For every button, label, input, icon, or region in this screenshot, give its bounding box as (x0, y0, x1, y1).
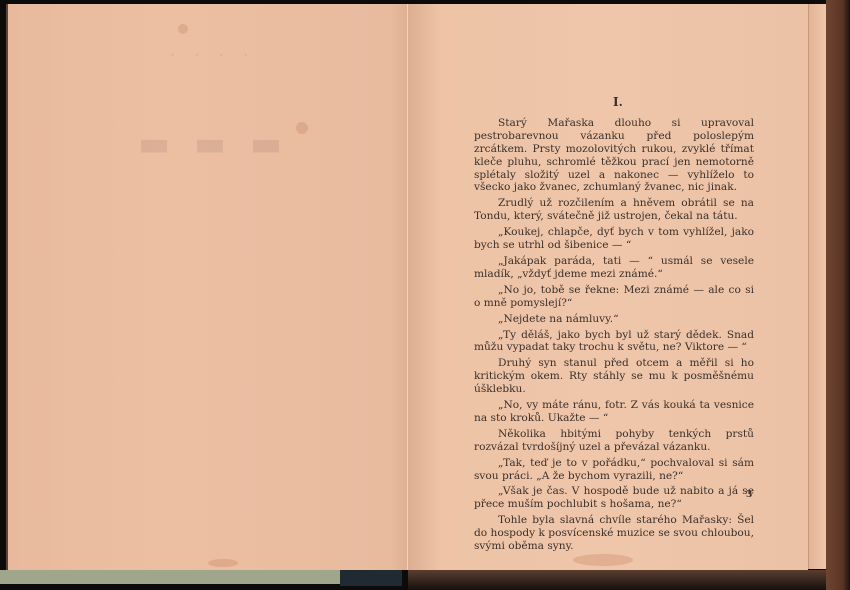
cover-edge-brown (826, 0, 850, 590)
paragraph: „Nejdete na námluvy.“ (474, 313, 754, 326)
bottom-shadow (408, 570, 826, 590)
paragraph: Druhý syn stanul před otcem a měřil si h… (474, 357, 754, 396)
paragraph: „Ty děláš, jako bych byl už starý dědek.… (474, 329, 754, 355)
page-edges (808, 4, 827, 569)
cover-edge-green (0, 570, 340, 584)
paragraph: „Jakápak paráda, tati — “ usmál se vesel… (474, 255, 754, 281)
bleed-through-text: · · · · (68, 48, 358, 62)
book-spread-scan: · · · · ▬ ▬ ▬ I. Starý Mařaska dlouho si… (0, 0, 850, 590)
paper-stain (296, 122, 308, 134)
paragraph: „No, vy máte ránu, fotr. Z vás kouká ta … (474, 399, 754, 425)
chapter-text: I. Starý Mařaska dlouho si upravoval pes… (474, 96, 754, 556)
cover-edge-dark (340, 570, 402, 586)
paragraph: Zrudlý už rozčilením a hněvem obrátil se… (474, 197, 754, 223)
paragraph: Starý Mařaska dlouho si upravoval pestro… (474, 117, 754, 194)
paragraph: „Koukej, chlapče, dyť bych v tom vyhlíže… (474, 226, 754, 252)
paper-stain (178, 24, 188, 34)
page-number: 3 (746, 490, 752, 500)
paragraph: Několika hbitými pohyby tenkých prstů ro… (474, 428, 754, 454)
chapter-heading: I. (343, 96, 613, 109)
bleed-through-title: ▬ ▬ ▬ (68, 124, 358, 164)
paragraph: „Tak, teď je to v pořádku,“ pochvaloval … (474, 457, 754, 483)
paragraph: „Však je čas. V hospodě bude už nabito a… (474, 485, 754, 511)
paragraph: „No jo, tobě se řekne: Mezi známé — ale … (474, 284, 754, 310)
paper-stain (208, 559, 238, 567)
left-page-blank: · · · · ▬ ▬ ▬ (6, 4, 410, 570)
paragraph: Tohle byla slavná chvíle starého Mařasky… (474, 514, 754, 553)
